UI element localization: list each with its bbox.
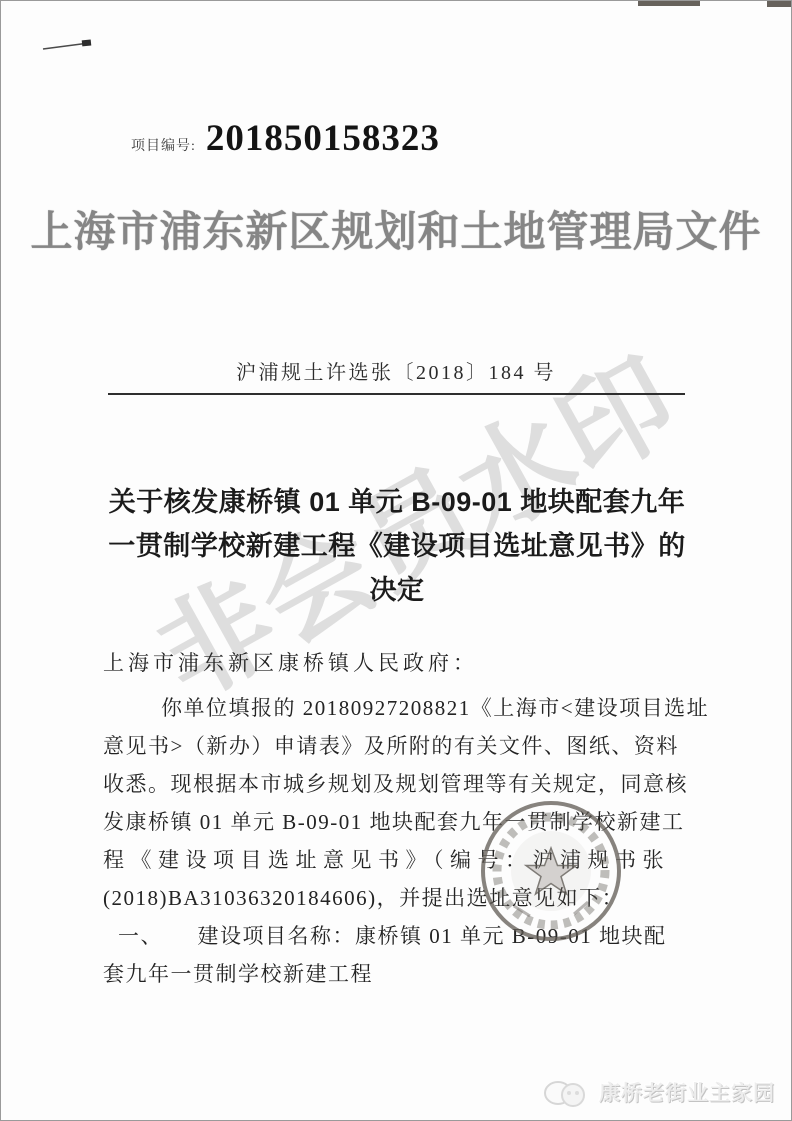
salutation: 上海市浦东新区康桥镇人民政府： — [103, 647, 478, 677]
document-heading: 关于核发康桥镇 01 单元 B-09-01 地块配套九年 一贯制学校新建工程《建… — [67, 480, 727, 612]
panda-face-logo-icon — [542, 1073, 592, 1111]
heading-line: 决定 — [67, 568, 727, 612]
official-seal-icon — [478, 798, 624, 944]
project-number-label: 项目编号: — [131, 135, 196, 155]
scan-edge-artifact — [638, 1, 700, 6]
pen-mark — [39, 33, 99, 57]
separator-rule — [108, 393, 685, 395]
body-line: 意见书>（新办）申请表》及所附的有关文件、图纸、资料 — [103, 727, 695, 765]
agency-title: 上海市浦东新区规划和土地管理局文件 — [1, 199, 791, 259]
document-reference-number: 沪浦规土许选张〔2018〕184 号 — [1, 356, 791, 385]
body-line: 你单位填报的 20180927208821《上海市<建设项目选址 — [103, 689, 695, 727]
project-number-row: 项目编号: 201850158323 — [131, 117, 440, 160]
heading-line: 关于核发康桥镇 01 单元 B-09-01 地块配套九年 — [67, 480, 727, 524]
footer-brand: 康桥老街业主家园 — [542, 1073, 775, 1111]
footer-brand-text: 康桥老街业主家园 — [599, 1077, 775, 1107]
heading-line: 一贯制学校新建工程《建设项目选址意见书》的 — [67, 524, 727, 568]
body-line: 套九年一贯制学校新建工程 — [103, 955, 695, 993]
project-number-value: 201850158323 — [206, 117, 440, 160]
scan-edge-artifact — [767, 1, 792, 7]
scanned-document-page: 非会员水印 项目编号: 201850158323 上海市浦东新区规划和土地管理局… — [0, 0, 792, 1121]
